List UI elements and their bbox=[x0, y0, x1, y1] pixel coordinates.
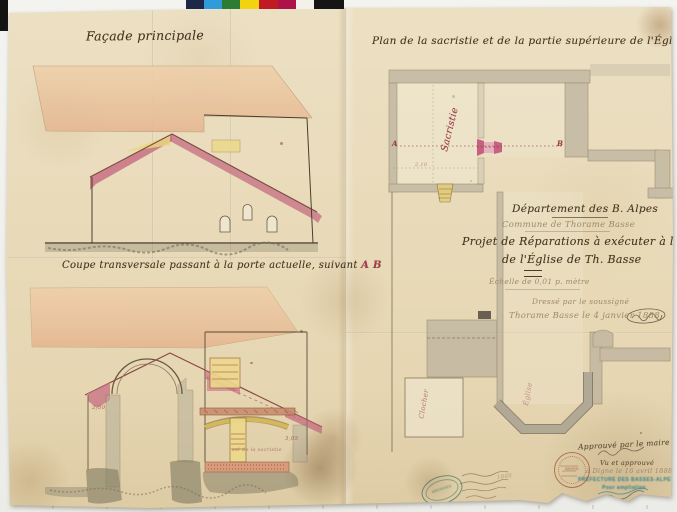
color-patch bbox=[186, 0, 204, 9]
section-note: sol de la sacristie bbox=[232, 447, 282, 453]
section-caption-letters: A B bbox=[361, 260, 382, 271]
cartouche-departement: Département des B. Alpes bbox=[512, 203, 658, 215]
cartouche-commune: Commune de Thorame Basse bbox=[502, 220, 635, 230]
facade-title: Façade principale bbox=[86, 27, 204, 43]
drawing-sheet: Façade principale Plan de la sacristie e… bbox=[0, 0, 677, 512]
color-calibration-bar bbox=[186, 0, 344, 9]
prefecture-stamp-line-2: Pour ampliation bbox=[588, 485, 660, 491]
scanned-archival-drawing: Façade principale Plan de la sacristie e… bbox=[0, 0, 677, 512]
cross-section bbox=[30, 287, 322, 504]
underline bbox=[552, 217, 608, 218]
sheet-wrap: Façade principale Plan de la sacristie e… bbox=[0, 0, 677, 512]
cartouche-echelle: Échelle de 0,01 p. mètre bbox=[489, 277, 590, 286]
double-rule bbox=[524, 270, 542, 277]
color-patch bbox=[296, 0, 314, 9]
color-patch bbox=[204, 0, 222, 9]
plan-title: Plan de la sacristie et de la partie sup… bbox=[372, 35, 677, 47]
section-caption: Coupe transversale passant à la porte ac… bbox=[62, 260, 382, 271]
approval-lieu: à Digne le 16 avril 1888 bbox=[586, 467, 672, 475]
underline bbox=[505, 289, 580, 290]
approval-vu: Vu et approuvé bbox=[600, 459, 654, 467]
section-caption-text: Coupe transversale passant à la porte ac… bbox=[62, 260, 358, 271]
plan-point-a: A bbox=[392, 139, 398, 148]
cartouche-projet-1: Projet de Réparations à exécuter à la Sa… bbox=[462, 235, 677, 248]
cartouche-dresse: Dressé par le soussigné bbox=[532, 297, 629, 306]
underline bbox=[525, 231, 610, 232]
plan-dimension: 2,10 bbox=[415, 162, 427, 168]
color-patch bbox=[314, 0, 344, 9]
plan-point-b: B bbox=[557, 139, 563, 148]
round-ink-stamp-text: MAIRIE bbox=[555, 467, 589, 471]
color-patch bbox=[222, 0, 240, 9]
section-dimension-1: 2,50 bbox=[92, 405, 105, 411]
color-patch bbox=[278, 0, 296, 9]
round-ink-stamp: MAIRIE bbox=[554, 452, 590, 488]
color-patch bbox=[240, 0, 259, 9]
section-dimension-2: 3,05 bbox=[285, 436, 298, 442]
cartouche-projet-2: de l'Église de Th. Basse bbox=[502, 253, 641, 266]
cartouche-date: Thorame Basse le 4 janvier 1888 bbox=[509, 311, 660, 321]
facade-elevation bbox=[33, 66, 322, 255]
color-patch bbox=[259, 0, 278, 9]
prefecture-stamp-line-1: PRÉFECTURE DES BASSES-ALPES bbox=[578, 477, 670, 483]
